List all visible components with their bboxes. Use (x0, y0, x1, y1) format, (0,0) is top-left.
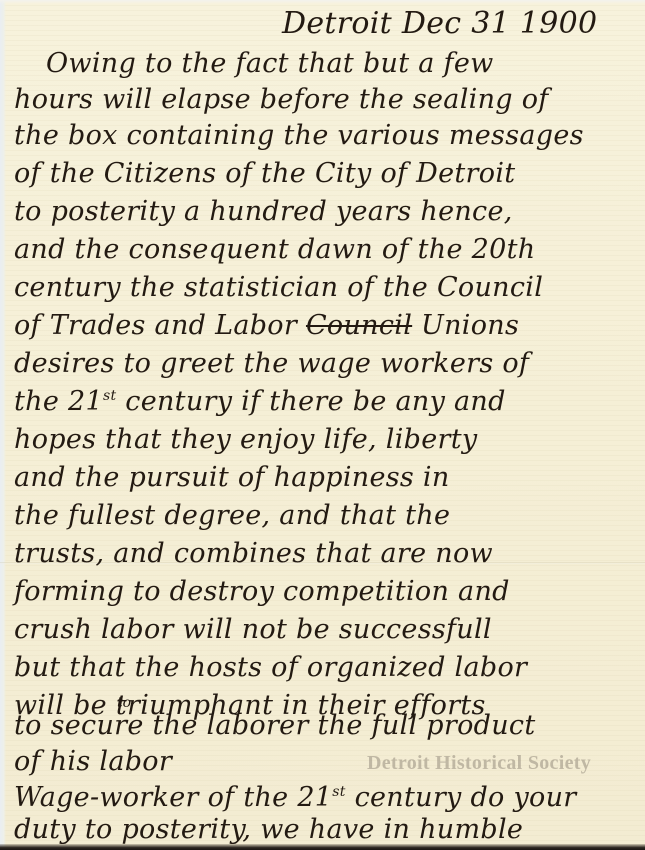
letter-line-11: hopes that they enjoy life, liberty (14, 424, 477, 455)
letter-line-10-rest: century if there be any and (125, 386, 505, 417)
letter-line-3: the box containing the various messages (14, 120, 584, 151)
letter-line-8-end: Unions (421, 310, 519, 341)
letter-line-13: the fullest degree, and that the (14, 500, 450, 531)
letter-line-7: century the statistician of the Council (14, 272, 543, 303)
letter-line-17: but that the hosts of organized labor (14, 652, 527, 683)
superscript-st-2: st (332, 784, 345, 800)
inserted-word: to (117, 695, 131, 711)
letter-line-5: to posterity a hundred years hence, (14, 196, 513, 227)
letter-line-6: and the consequent dawn of the 20th (14, 234, 535, 265)
letter-line-12: and the pursuit of happiness in (14, 462, 450, 493)
letter-line-15: forming to destroy competition and (14, 576, 510, 607)
letter-line-1: Owing to the fact that but a few (46, 48, 494, 79)
letter-line-21-text: Wage-worker of the 21 (14, 782, 332, 813)
letter-line-19: to secure the laborer the full product (14, 710, 535, 741)
letter-line-14: trusts, and combines that are now (14, 538, 493, 569)
superscript-st: st (103, 388, 116, 404)
letter-line-21: Wage-worker of the 21st century do your (14, 782, 577, 813)
dateline: Detroit Dec 31 1900 (282, 6, 597, 41)
paper-bottom-shadow (0, 844, 645, 850)
letter-line-9: desires to greet the wage workers of (14, 348, 529, 379)
watermark: Detroit Historical Society (367, 752, 591, 775)
paper-top-edge (0, 0, 645, 4)
letter-line-8: of Trades and Labor Council Unions (14, 310, 519, 341)
letter-line-22: duty to posterity, we have in humble (14, 814, 523, 845)
letter-line-21-rest: century do your (355, 782, 577, 813)
letter-line-6-text: and the consequent dawn of the 20th (14, 234, 535, 265)
letter-line-20: of his labor (14, 746, 172, 777)
letter-line-10-text: the 21 (14, 386, 103, 417)
letter-line-10: the 21st century if there be any and (14, 386, 506, 417)
letter-line-16: crush labor will not be successfull (14, 614, 492, 645)
letter-line-2: hours will elapse before the sealing of (14, 84, 549, 115)
letter-page: Detroit Dec 31 1900 Owing to the fact th… (0, 0, 645, 850)
struck-word: Council (306, 310, 412, 341)
letter-line-8-text: of Trades and Labor (14, 310, 297, 341)
paper-left-edge (0, 0, 6, 850)
letter-line-4: of the Citizens of the City of Detroit (14, 158, 515, 189)
